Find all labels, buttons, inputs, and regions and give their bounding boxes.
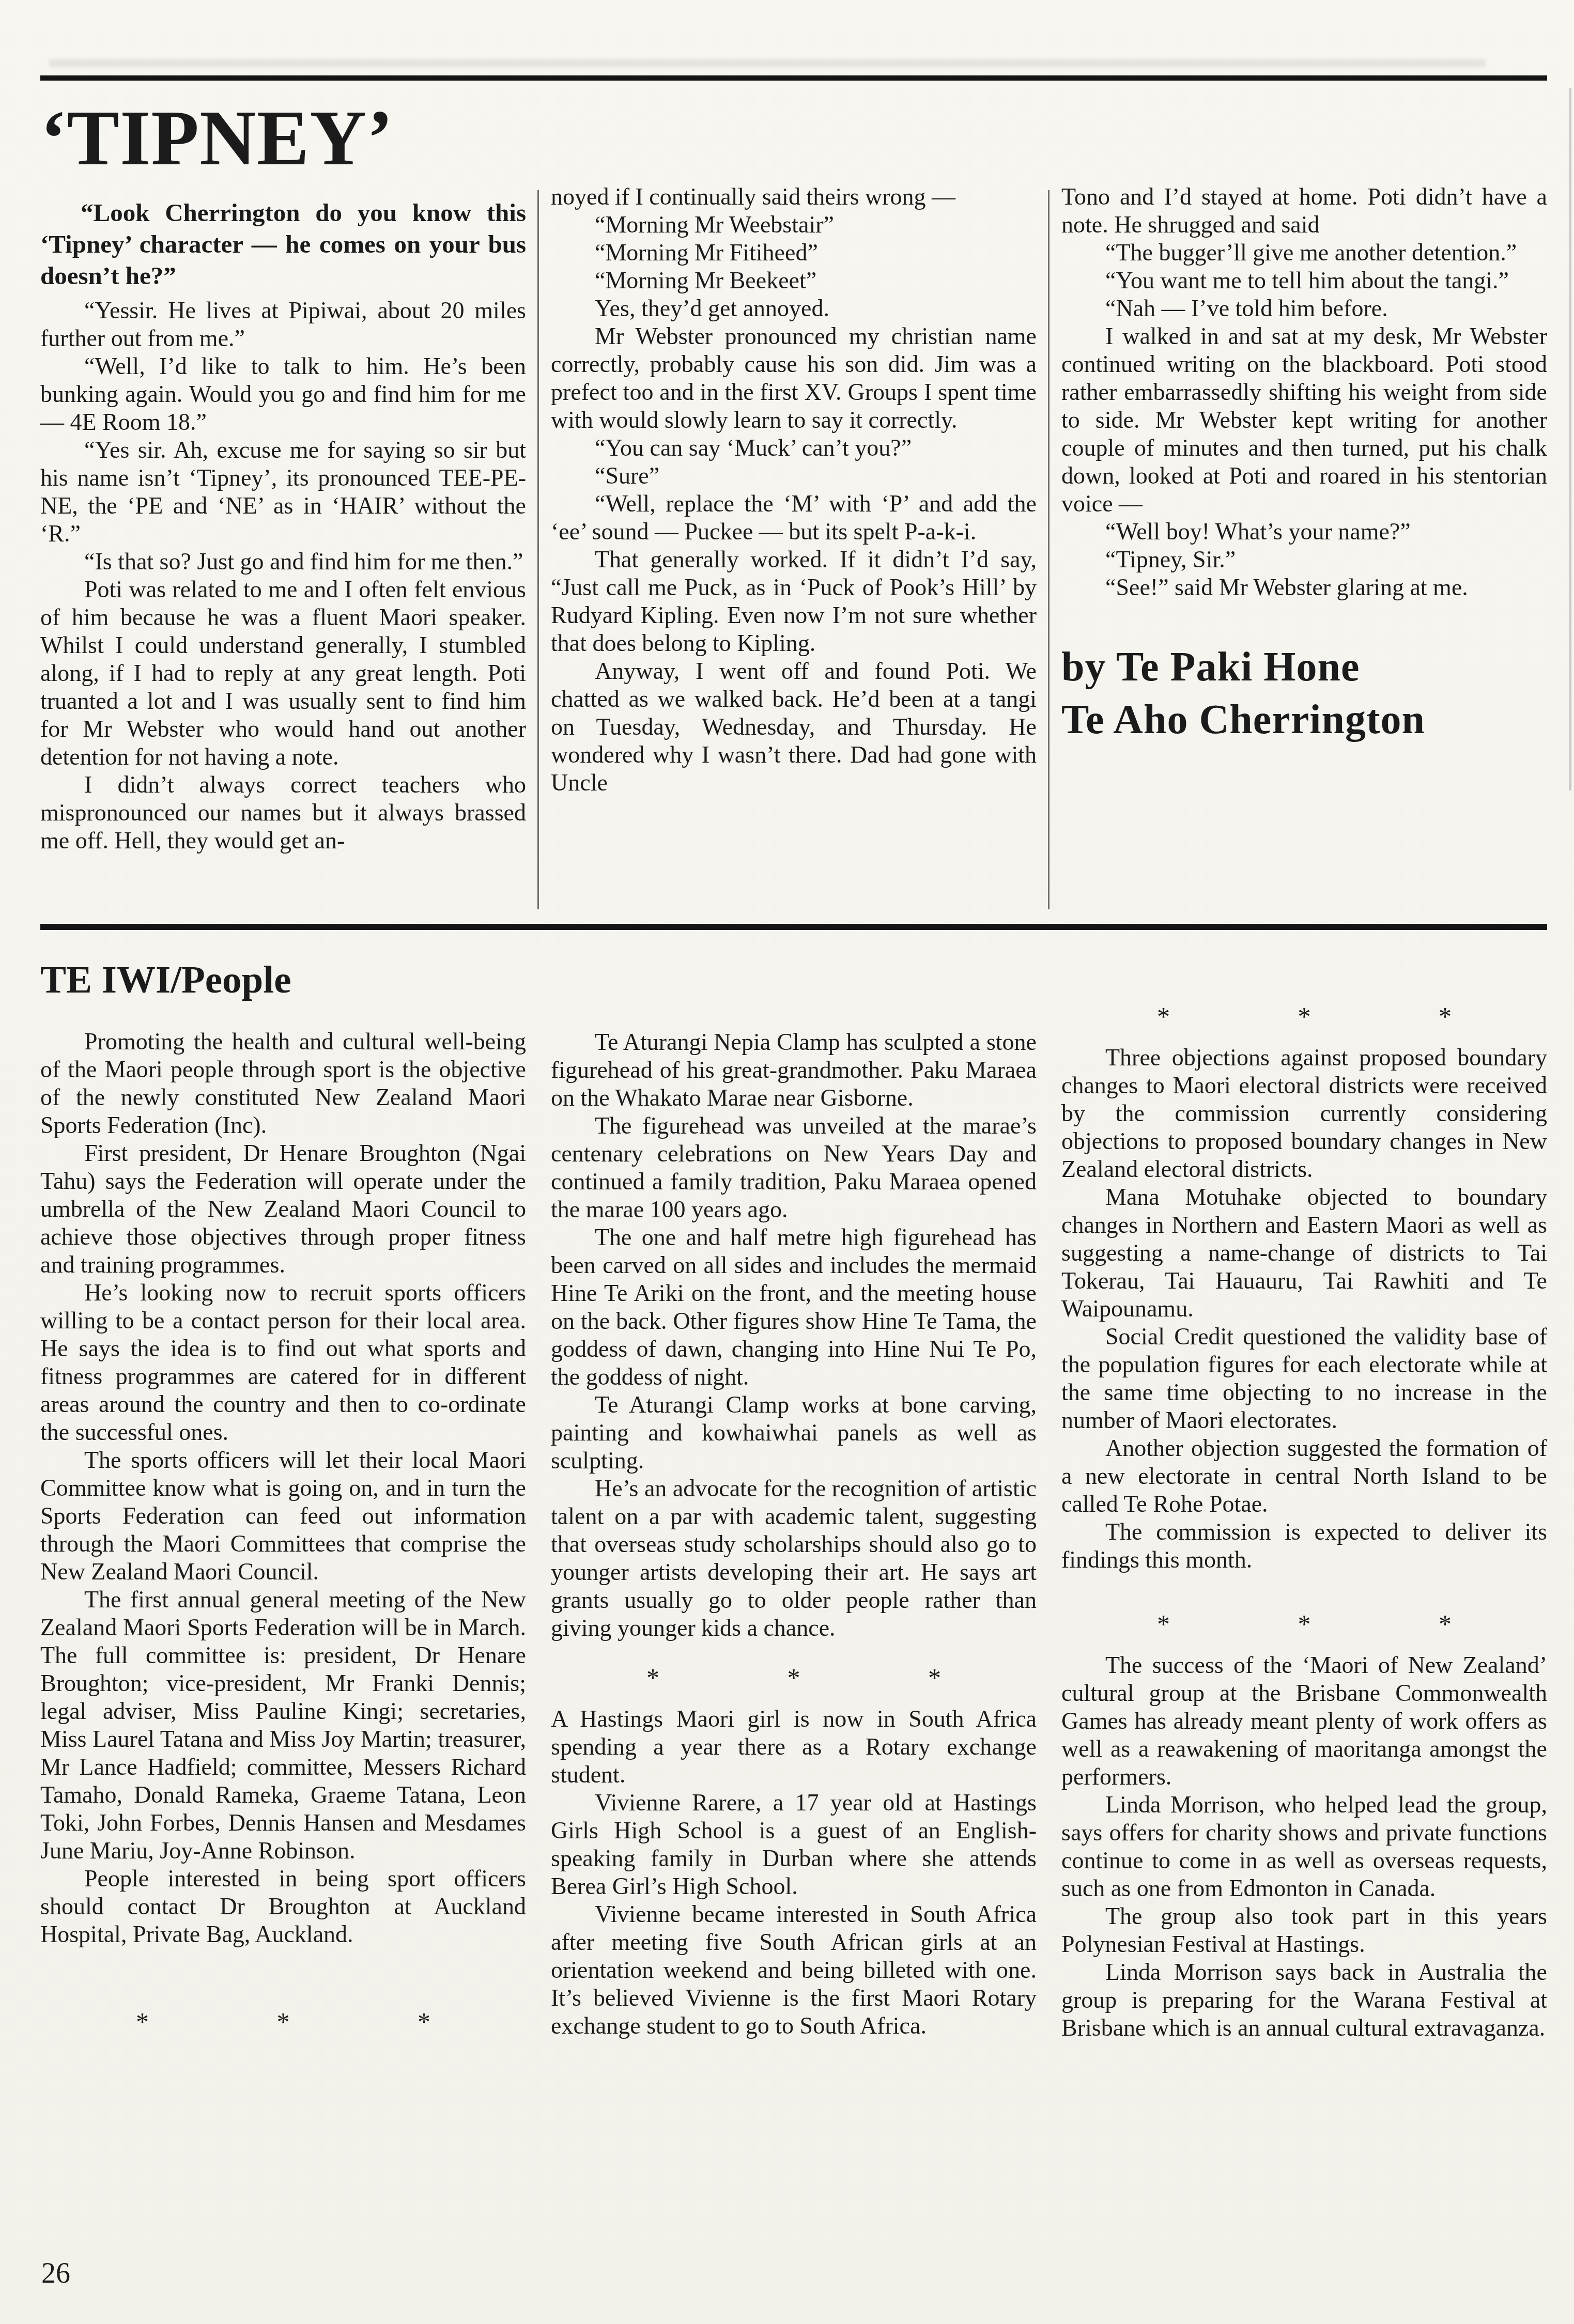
article-paragraph: The one and half metre high figurehead h… [551,1223,1037,1391]
section-divider-rule [40,924,1547,930]
article-paragraph: I didn’t always correct teachers who mis… [40,771,526,855]
article-paragraph: noyed if I continually said theirs wrong… [551,183,1037,211]
column-divider-rule-1 [537,190,539,909]
tipney-column-2: noyed if I continually said theirs wrong… [551,183,1037,797]
article-paragraph: Promoting the health and cultural well-b… [40,1028,526,1139]
article-lead-paragraph: “Look Cherrington do you know this ‘Tipn… [40,197,526,291]
article-paragraph: The first annual general meeting of the … [40,1586,526,1865]
article-paragraph: “Sure” [551,462,1037,490]
article-paragraph: I walked in and sat at my desk, Mr Webst… [1061,322,1547,518]
article-paragraph: The commission is expected to deliver it… [1061,1518,1547,1574]
article-headline: ‘TIPNEY’ [40,98,526,178]
article-paragraph: The success of the ‘Maori of New Zealand… [1061,1651,1547,1791]
byline-line-1: by Te Paki Hone [1061,641,1547,693]
article-paragraph: “Morning Mr Weebstair” [551,211,1037,239]
article-paragraph: “Well boy! What’s your name?” [1061,518,1547,546]
article-paragraph: Another objection suggested the formatio… [1061,1434,1547,1518]
article-paragraph: The figurehead was unveiled at the marae… [551,1112,1037,1223]
article-paragraph: Vivienne became interested in South Afri… [551,1900,1037,2040]
article-paragraph: Mana Motuhake objected to boundary chang… [1061,1183,1547,1323]
article-paragraph: “Well, replace the ‘M’ with ‘P’ and add … [551,490,1037,546]
article-paragraph: Mr Webster pronounced my christian name … [551,322,1037,434]
tipney-column-3: Tono and I’d stayed at home. Poti didn’t… [1061,183,1547,746]
asterisk-separator: * * * [551,1664,1037,1692]
te-iwi-column-3: * * *Three objections against proposed b… [1061,1002,1547,2042]
article-paragraph: Poti was related to me and I often felt … [40,576,526,771]
byline: by Te Paki Hone Te Aho Cherrington [1061,641,1547,746]
tipney-column-1: ‘TIPNEY’ “Look Cherrington do you know t… [40,98,526,855]
article-paragraph: Tono and I’d stayed at home. Poti didn’t… [1061,183,1547,239]
article-paragraph: “Is that so? Just go and find him for me… [40,548,526,576]
byline-line-2: Te Aho Cherrington [1061,693,1547,746]
article-paragraph: Te Aturangi Nepia Clamp has sculpted a s… [551,1028,1037,1112]
top-rule [40,75,1547,81]
article-paragraph: “Tipney, Sir.” [1061,546,1547,574]
article-paragraph: “You want me to tell him about the tangi… [1061,267,1547,295]
article-paragraph: People interested in being sport officer… [40,1865,526,1948]
te-iwi-column-1-body: Promoting the health and cultural well-b… [40,1028,526,2036]
article-paragraph: Te Aturangi Clamp works at bone carving,… [551,1391,1037,1475]
asterisk-separator: * * * [1061,1610,1547,1638]
article-paragraph: “You can say ‘Muck’ can’t you?” [551,434,1037,462]
bleedthrough-smudge [49,59,1486,67]
article-paragraph: “Yes sir. Ah, excuse me for saying so si… [40,436,526,548]
article-paragraph: “Nah — I’ve told him before. [1061,295,1547,322]
article-paragraph: First president, Dr Henare Broughton (Ng… [40,1139,526,1279]
asterisk-separator: * * * [40,2008,526,2036]
article-paragraph: “Yessir. He lives at Pipiwai, about 20 m… [40,297,526,352]
article-paragraph: He’s an advocate for the recognition of … [551,1475,1037,1642]
te-iwi-section: TE IWI/People Promoting the health and c… [40,959,1547,2302]
article-paragraph: That generally worked. If it didn’t I’d … [551,546,1037,657]
asterisk-separator: * * * [1061,1002,1547,1030]
article-paragraph: “Morning Mr Beekeet” [551,267,1037,295]
te-iwi-column-1: TE IWI/People Promoting the health and c… [40,959,526,2049]
article-paragraph: “Morning Mr Fitiheed” [551,239,1037,267]
article-paragraph: The sports officers will let their local… [40,1446,526,1586]
article-paragraph: Social Credit questioned the validity ba… [1061,1323,1547,1434]
article-column-1-body: “Yessir. He lives at Pipiwai, about 20 m… [40,297,526,855]
article-paragraph: “Well, I’d like to talk to him. He’s bee… [40,352,526,436]
article-paragraph: Anyway, I went off and found Poti. We ch… [551,657,1037,797]
te-iwi-column-2-body: Te Aturangi Nepia Clamp has sculpted a s… [551,1028,1037,2040]
page-number: 26 [41,2257,70,2290]
section-heading: TE IWI/People [40,959,526,1001]
column-divider-rule-2 [1048,190,1050,909]
page-edge-shadow [1569,88,1571,791]
article-paragraph: Vivienne Rarere, a 17 year old at Hastin… [551,1789,1037,1900]
te-iwi-column-2: Te Aturangi Nepia Clamp has sculpted a s… [551,1028,1037,2040]
article-paragraph: Three objections against proposed bounda… [1061,1044,1547,1183]
article-paragraph: He’s looking now to recruit sports offic… [40,1279,526,1446]
te-iwi-column-3-body: * * *Three objections against proposed b… [1061,1002,1547,2042]
article-paragraph: Linda Morrison, who helped lead the grou… [1061,1791,1547,1902]
article-paragraph: Linda Morrison says back in Australia th… [1061,1958,1547,2042]
article-paragraph: “The bugger’ll give me another detention… [1061,239,1547,267]
article-paragraph: Yes, they’d get annoyed. [551,295,1037,322]
article-paragraph: “See!” said Mr Webster glaring at me. [1061,574,1547,601]
tipney-article: ‘TIPNEY’ “Look Cherrington do you know t… [40,98,1547,904]
newspaper-page: ‘TIPNEY’ “Look Cherrington do you know t… [0,0,1574,2324]
article-column-3-body: Tono and I’d stayed at home. Poti didn’t… [1061,183,1547,601]
article-paragraph: A Hastings Maori girl is now in South Af… [551,1705,1037,1789]
article-column-2-body: noyed if I continually said theirs wrong… [551,183,1037,797]
article-paragraph: The group also took part in this years P… [1061,1902,1547,1958]
